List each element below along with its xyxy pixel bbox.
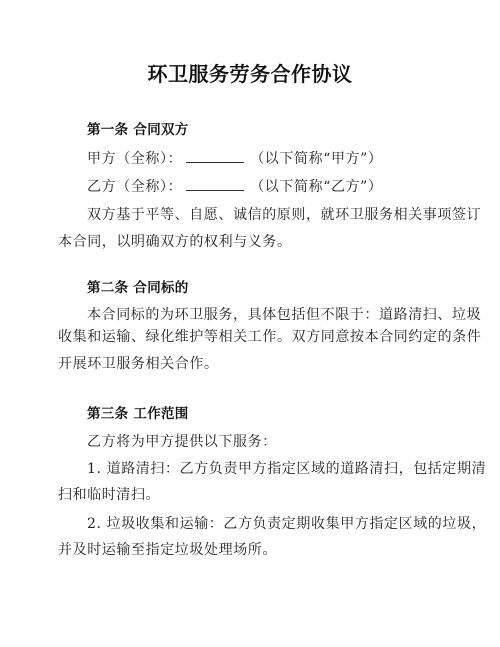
section-intro: 乙方将为甲方提供以下服务： <box>87 432 277 452</box>
paragraph-line: 本合同标的为环卫服务，具体包括但不限于：道路清扫、垃圾 <box>87 305 481 325</box>
list-item-2-line: 2. 垃圾收集和运输：乙方负责定期收集甲方指定区域的垃圾， <box>87 514 486 534</box>
party-a-label: 甲方（全称）： <box>87 151 182 167</box>
paragraph-line: 开展环卫服务相关合作。 <box>58 354 219 374</box>
party-a-name-blank <box>186 149 244 163</box>
list-item-2-line: 并及时运输至指定垃圾处理场所。 <box>58 540 277 560</box>
paragraph-line: 收集和运输、绿化维护等相关工作。双方同意按本合同约定的条件 <box>58 327 481 347</box>
document-title: 环卫服务劳务合作协议 <box>0 60 500 88</box>
paragraph-line: 双方基于平等、自愿、诚信的原则，就环卫服务相关事项签订 <box>87 205 481 225</box>
list-item-1-line: 1. 道路清扫：乙方负责甲方指定区域的道路清扫，包括定期清 <box>87 459 486 479</box>
list-item-1-line: 扫和临时清扫。 <box>58 485 160 505</box>
party-b-suffix: （以下简称“乙方”） <box>250 179 382 195</box>
section-heading-2: 第二条 合同标的 <box>87 278 189 298</box>
party-b-name-blank <box>186 177 244 191</box>
party-b-label: 乙方（全称）： <box>87 179 182 195</box>
party-b-line: 乙方（全称）：（以下简称“乙方”） <box>87 177 383 197</box>
section-heading-3: 第三条 工作范围 <box>87 404 189 424</box>
party-a-line: 甲方（全称）：（以下简称“甲方”） <box>87 149 383 169</box>
party-a-suffix: （以下简称“甲方”） <box>250 151 382 167</box>
section-heading-1: 第一条 合同双方 <box>87 120 189 140</box>
paragraph-line: 本合同，以明确双方的权利与义务。 <box>58 232 292 252</box>
